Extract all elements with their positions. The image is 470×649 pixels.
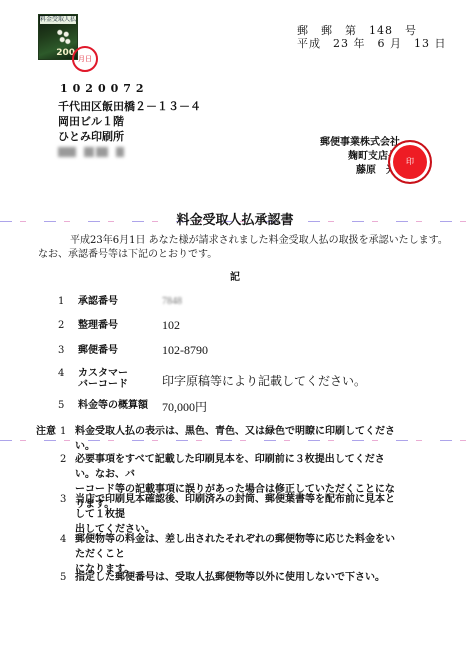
item-value: 102 — [162, 318, 180, 333]
item-number: 4 — [58, 368, 70, 379]
recipient-address: 千代田区飯田橋２－１３－４ 岡田ビル１階 ひとみ印刷所 — [58, 99, 201, 159]
item-label: カスタマー バーコード — [78, 368, 158, 390]
note-number: 1 — [60, 424, 66, 439]
item-number: 3 — [58, 345, 70, 356]
note-line: 当店で印刷見本確認後、印刷済みの封筒、郵便葉書等を配布前に見本として１枚提 — [75, 492, 395, 522]
notes-heading: 注意 — [36, 424, 56, 439]
note-number: 4 — [60, 532, 66, 547]
item-number: 5 — [58, 400, 70, 411]
stamp-flower-image — [55, 27, 71, 45]
note-text: 当店で印刷見本確認後、印刷済みの封筒、郵便葉書等を配布前に見本として１枚提 出し… — [75, 492, 395, 537]
redaction-block — [84, 147, 94, 157]
item-number: 1 — [58, 296, 70, 307]
item-label: 承認番号 — [78, 296, 158, 307]
note-number: 5 — [60, 570, 66, 585]
address-line-1: 千代田区飯田橋２－１３－４ — [58, 99, 201, 114]
redaction-block — [96, 147, 108, 157]
redaction-block — [116, 147, 124, 157]
item-label: 整理番号 — [78, 320, 158, 331]
postal-code: 1020072 — [60, 82, 149, 95]
item-value: 102-8790 — [162, 343, 208, 358]
note-text: 指定した郵便番号は、受取人払郵便物等以外に使用しないで下さい。 — [75, 570, 395, 585]
item-label-line-1: カスタマー — [78, 368, 158, 379]
ki-heading: 記 — [0, 268, 470, 283]
note-number: 2 — [60, 452, 66, 467]
stamp-label: 料金受取人払 — [40, 16, 76, 24]
document-date: 平成 23 年 6 月 13 日 — [297, 37, 446, 50]
recipient-name-redacted — [58, 144, 201, 159]
item-number: 2 — [58, 320, 70, 331]
postmark-icon: 月日 — [72, 46, 98, 72]
item-value: 70,000円 — [162, 398, 207, 415]
recipient-company: ひとみ印刷所 — [58, 129, 201, 144]
item-label: 郵便番号 — [78, 345, 158, 356]
item-value: 7848 — [162, 296, 182, 307]
document-title: 料金受取人払承認書 — [0, 209, 470, 228]
item-label-line-2: バーコード — [78, 379, 158, 390]
intro-paragraph: 平成23年6月1日 あなた様が請求されました料金受取人払の取扱を承認いたします。… — [70, 234, 450, 262]
document-number: 郵 郵 第 148 号 — [297, 24, 446, 37]
note-line: 必要事項をすべて記載した印刷見本を、印刷前に３枚提出してください。なお、バ — [75, 452, 395, 482]
note-line: 指定した郵便番号は、受取人払郵便物等以外に使用しないで下さい。 — [75, 570, 395, 585]
intro-line-2: なお、承認番号等は下記のとおりです。 — [38, 248, 450, 262]
official-seal-icon: 印 — [388, 140, 432, 184]
intro-line-1: 平成23年6月1日 あなた様が請求されました料金受取人払の取扱を承認いたします。 — [70, 234, 450, 248]
note-text: 料金受取人払の表示は、黒色、青色、又は緑色で明瞭に印刷してください。 — [75, 424, 395, 454]
note-line: 料金受取人払の表示は、黒色、青色、又は緑色で明瞭に印刷してください。 — [75, 424, 395, 454]
redaction-block — [58, 147, 76, 157]
item-label: 料金等の概算額 — [78, 400, 158, 411]
address-line-2: 岡田ビル１階 — [58, 114, 201, 129]
document-header: 郵 郵 第 148 号 平成 23 年 6 月 13 日 — [297, 24, 446, 50]
item-value: 印字原稿等により記載してください。 — [162, 372, 366, 389]
note-number: 3 — [60, 492, 66, 507]
note-line: 郵便物等の料金は、差し出されたそれぞれの郵便物等に応じた料金をいただくこと — [75, 532, 395, 562]
